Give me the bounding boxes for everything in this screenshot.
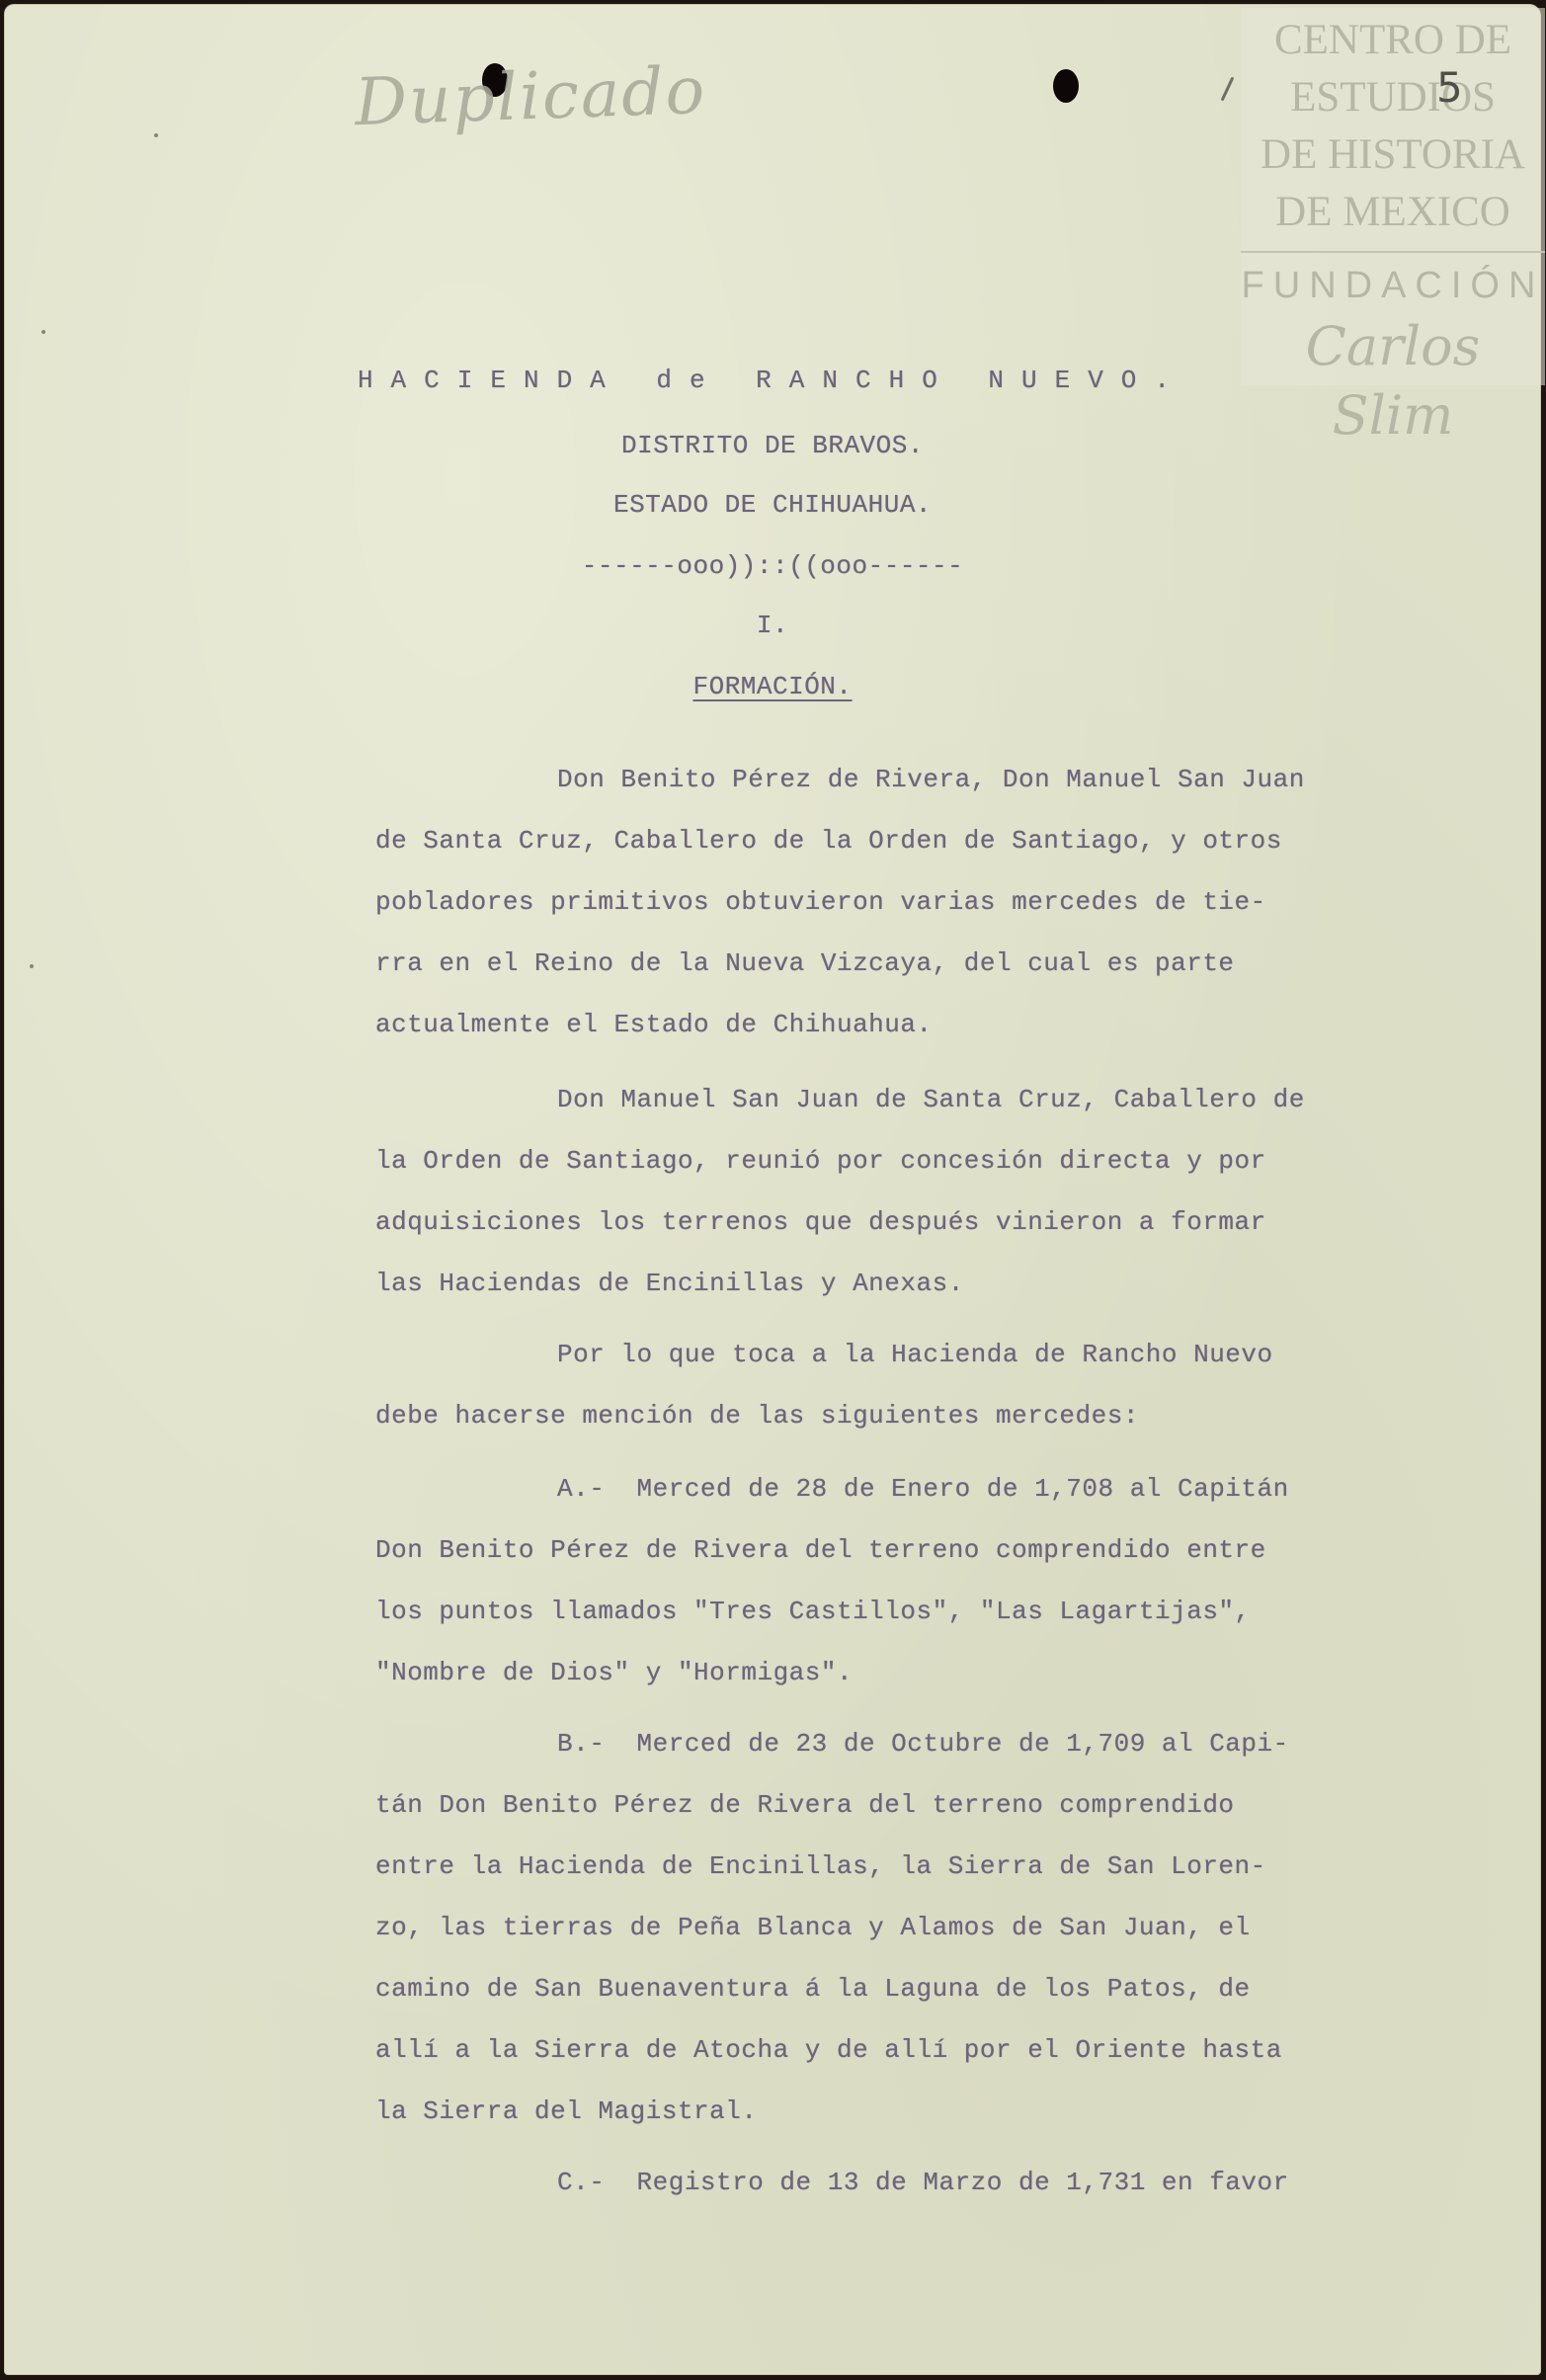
body-line: tán Don Benito Pérez de Rivera del terre… (375, 1790, 1235, 1820)
body-line: actualmente el Estado de Chihuahua. (375, 1010, 933, 1039)
punch-hole (1053, 69, 1079, 103)
body-line: la Orden de Santiago, reunió por concesi… (375, 1146, 1266, 1176)
district-heading: DISTRITO DE BRAVOS. (4, 431, 1541, 460)
body-line: zo, las tierras de Peña Blanca y Alamos … (375, 1913, 1251, 1942)
watermark-line: ESTUDIOS (1241, 69, 1545, 126)
body-line: "Nombre de Dios" y "Hormigas". (375, 1658, 853, 1687)
watermark-line: DE HISTORIA (1241, 126, 1545, 184)
ornament-divider: ------ooo))::((ooo------ (4, 551, 1541, 581)
list-item-c: C.- Registro de 13 de Marzo de 1,731 en … (557, 2168, 1289, 2197)
body-line: entre la Hacienda de Encinillas, la Sier… (375, 1851, 1266, 1881)
document-page: Duplicado CENTRO DE ESTUDIOS DE HISTORIA… (4, 4, 1541, 2375)
paper-speck (30, 964, 34, 968)
watermark-line: CENTRO DE (1241, 12, 1545, 69)
body-line: la Sierra del Magistral. (375, 2096, 757, 2126)
state-heading: ESTADO DE CHIHUAHUA. (4, 490, 1541, 520)
archive-watermark: CENTRO DE ESTUDIOS DE HISTORIA DE MEXICO… (1241, 8, 1545, 385)
body-line: Don Benito Pérez de Rivera, Don Manuel S… (557, 765, 1305, 794)
body-line: Don Benito Pérez de Rivera del terreno c… (375, 1535, 1266, 1565)
page-number: 5 (1436, 63, 1463, 112)
body-line: adquisiciones los terrenos que después v… (375, 1207, 1266, 1237)
section-title: FORMACIÓN. (4, 672, 1541, 701)
body-line: pobladores primitivos obtuvieron varias … (375, 887, 1266, 917)
handwritten-note: Duplicado (354, 52, 708, 140)
pen-mark (1221, 77, 1235, 102)
paper-speck (41, 330, 45, 334)
body-line: debe hacerse mención de las siguientes m… (375, 1401, 1139, 1431)
body-line: de Santa Cruz, Caballero de la Orden de … (375, 826, 1282, 856)
paper-speck (154, 133, 158, 137)
watermark-foundation: FUNDACIÓN (1241, 259, 1545, 312)
document-title: HACIENDA de RANCHO NUEVO. (4, 366, 1541, 395)
body-line: camino de San Buenaventura á la Laguna d… (375, 1974, 1251, 2004)
list-item-a: A.- Merced de 28 de Enero de 1,708 al Ca… (557, 1474, 1289, 1504)
body-line: allí a la Sierra de Atocha y de allí por… (375, 2035, 1282, 2065)
body-line: Don Manuel San Juan de Santa Cruz, Cabal… (557, 1085, 1305, 1114)
body-line: los puntos llamados "Tres Castillos", "L… (375, 1597, 1251, 1626)
section-number: I. (4, 611, 1541, 640)
body-line: rra en el Reino de la Nueva Vizcaya, del… (375, 948, 1235, 978)
body-line: Por lo que toca a la Hacienda de Rancho … (557, 1340, 1273, 1369)
list-item-b: B.- Merced de 23 de Octubre de 1,709 al … (557, 1729, 1289, 1759)
body-line: las Haciendas de Encinillas y Anexas. (375, 1269, 964, 1298)
watermark-divider (1241, 251, 1545, 253)
watermark-line: DE MEXICO (1241, 184, 1545, 241)
